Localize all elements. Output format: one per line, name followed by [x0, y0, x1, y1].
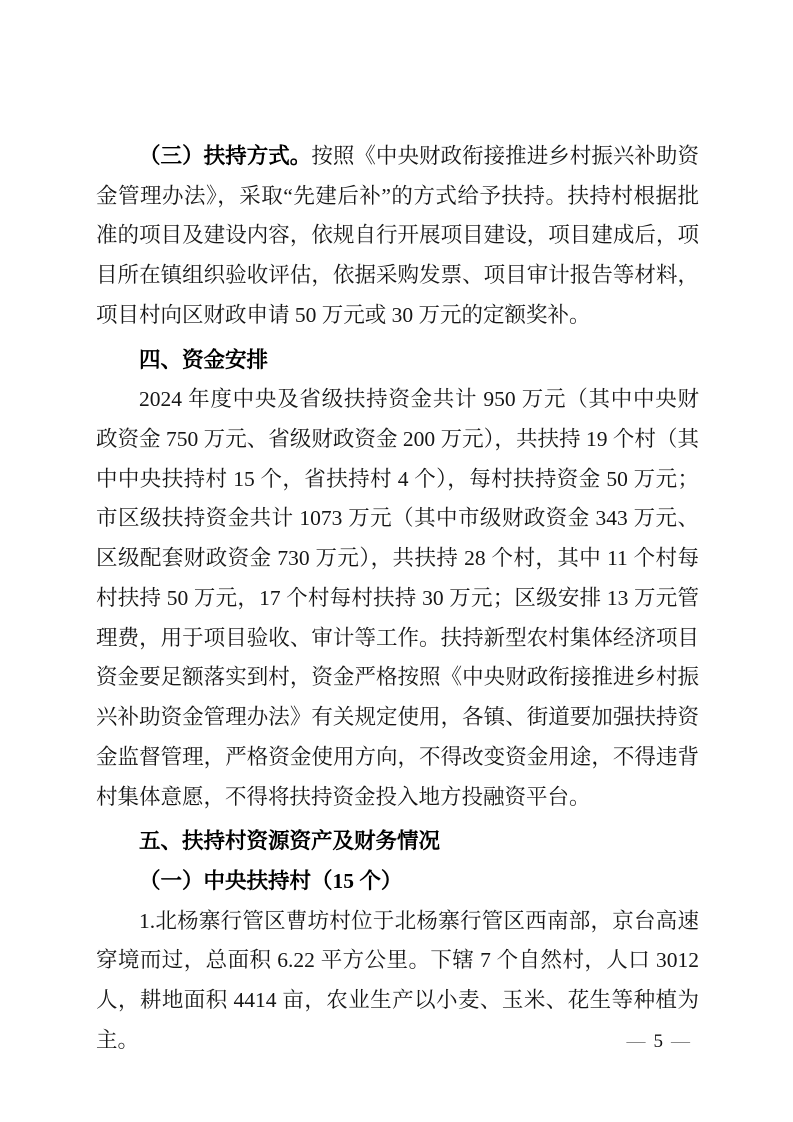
document-page: （三）扶持方式。按照《中央财政衔接推进乡村振兴补助资金管理办法》，采取“先建后补… [0, 0, 793, 1122]
heading-central-supported-villages: （一）中央扶持村（15 个） [96, 862, 699, 902]
footer-left-dash: — [627, 1031, 646, 1052]
text-block: （三）扶持方式。按照《中央财政衔接推进乡村振兴补助资金管理办法》，采取“先建后补… [96, 137, 699, 1061]
paragraph-support-method: （三）扶持方式。按照《中央财政衔接推进乡村振兴补助资金管理办法》，采取“先建后补… [96, 137, 699, 336]
paragraph-lead-support-method: （三）扶持方式。 [139, 144, 311, 168]
page-number-footer: —5— [619, 1031, 699, 1053]
footer-right-dash: — [671, 1031, 690, 1052]
heading-village-assets-finance: 五、扶持村资源资产及财务情况 [96, 822, 699, 862]
paragraph-caofang-village: 1.北杨寨行管区曹坊村位于北杨寨行管区西南部，京台高速穿境而过，总面积 6.22… [96, 902, 699, 1061]
paragraph-text-support-method: 按照《中央财政衔接推进乡村振兴补助资金管理办法》，采取“先建后补”的方式给予扶持… [96, 144, 699, 327]
footer-page-number: 5 [654, 1031, 664, 1052]
heading-funding-arrangement: 四、资金安排 [96, 341, 699, 381]
paragraph-funding-details: 2024 年度中央及省级扶持资金共计 950 万元（其中中央财政资金 750 万… [96, 380, 699, 817]
